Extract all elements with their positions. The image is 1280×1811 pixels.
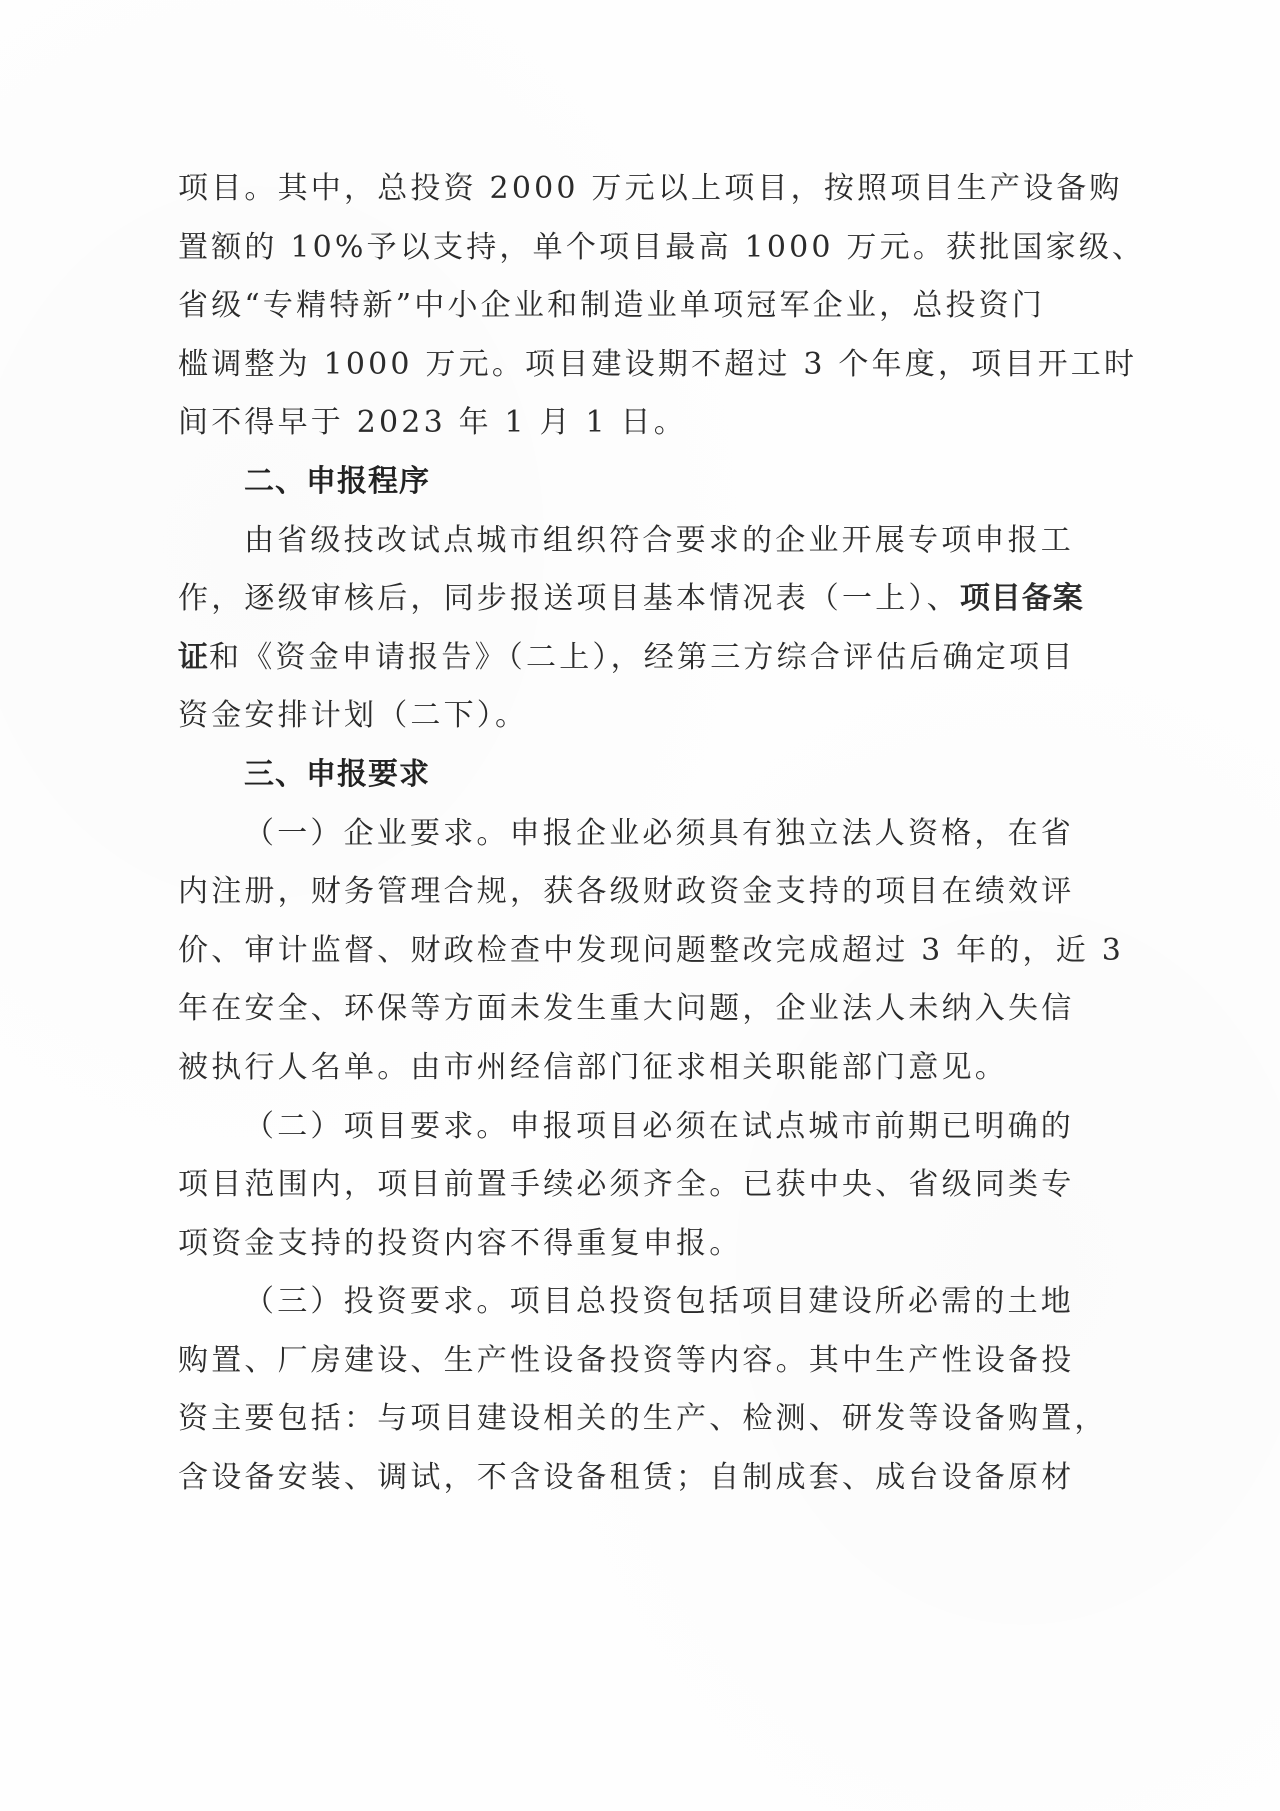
text-line: 间不得早于 2023 年 1 月 1 日。 (178, 394, 1118, 453)
text-line: 由省级技改试点城市组织符合要求的企业开展专项申报工 (178, 512, 1118, 571)
text-line: （三）投资要求。项目总投资包括项目建设所必需的土地 (178, 1273, 1118, 1332)
text-line: 含设备安装、调试，不含设备租赁；自制成套、成台设备原材 (178, 1449, 1118, 1508)
document-body: 项目。其中，总投资 2000 万元以上项目，按照项目生产设备购 置额的 10%予… (178, 160, 1118, 1508)
text-line: 省级“专精特新”中小企业和制造业单项冠军企业，总投资门 (178, 277, 1118, 336)
text-line: 项目。其中，总投资 2000 万元以上项目，按照项目生产设备购 (178, 160, 1118, 219)
bold-text-span: 项目备案 (960, 581, 1084, 616)
text-line: 槛调整为 1000 万元。项目建设期不超过 3 个年度，项目开工时 (178, 336, 1118, 395)
text-line: 内注册，财务管理合规，获各级财政资金支持的项目在绩效评 (178, 863, 1118, 922)
requirement-project: （二）项目要求。申报项目必须在试点城市前期已明确的 项目范围内，项目前置手续必须… (178, 1098, 1118, 1274)
requirement-investment: （三）投资要求。项目总投资包括项目建设所必需的土地 购置、厂房建设、生产性设备投… (178, 1273, 1118, 1507)
requirement-enterprise: （一）企业要求。申报企业必须具有独立法人资格，在省 内注册，财务管理合规，获各级… (178, 805, 1118, 1098)
text-span: 作，逐级审核后，同步报送项目基本情况表（一上）、 (178, 581, 960, 616)
text-line: （一）企业要求。申报企业必须具有独立法人资格，在省 (178, 805, 1118, 864)
section-3: 三、申报要求 （一）企业要求。申报企业必须具有独立法人资格，在省 内注册，财务管… (178, 746, 1118, 1508)
text-line: 项目范围内，项目前置手续必须齐全。已获中央、省级同类专 (178, 1156, 1118, 1215)
document-page: 项目。其中，总投资 2000 万元以上项目，按照项目生产设备购 置额的 10%予… (0, 0, 1280, 1811)
section-2: 二、申报程序 由省级技改试点城市组织符合要求的企业开展专项申报工 作，逐级审核后… (178, 453, 1118, 746)
text-line: 资金安排计划（二下）。 (178, 687, 1118, 746)
text-line: 项资金支持的投资内容不得重复申报。 (178, 1215, 1118, 1274)
text-line: 资主要包括：与项目建设相关的生产、检测、研发等设备购置， (178, 1390, 1118, 1449)
text-line: 年在安全、环保等方面未发生重大问题，企业法人未纳入失信 (178, 980, 1118, 1039)
text-line: 被执行人名单。由市州经信部门征求相关职能部门意见。 (178, 1039, 1118, 1098)
text-line: 购置、厂房建设、生产性设备投资等内容。其中生产性设备投 (178, 1332, 1118, 1391)
text-span: 和《资金申请报告》（二上），经第三方综合评估后确定项目 (209, 640, 1075, 675)
text-line: 置额的 10%予以支持，单个项目最高 1000 万元。获批国家级、 (178, 219, 1118, 278)
text-line: 价、审计监督、财政检查中发现问题整改完成超过 3 年的，近 3 (178, 922, 1118, 981)
text-line: （二）项目要求。申报项目必须在试点城市前期已明确的 (178, 1098, 1118, 1157)
text-line: 证和《资金申请报告》（二上），经第三方综合评估后确定项目 (178, 629, 1118, 688)
section-1-continuation: 项目。其中，总投资 2000 万元以上项目，按照项目生产设备购 置额的 10%予… (178, 160, 1118, 453)
bold-text-span: 证 (178, 640, 209, 675)
section-heading: 三、申报要求 (178, 746, 1118, 805)
text-line: 作，逐级审核后，同步报送项目基本情况表（一上）、项目备案 (178, 570, 1118, 629)
section-heading: 二、申报程序 (178, 453, 1118, 512)
